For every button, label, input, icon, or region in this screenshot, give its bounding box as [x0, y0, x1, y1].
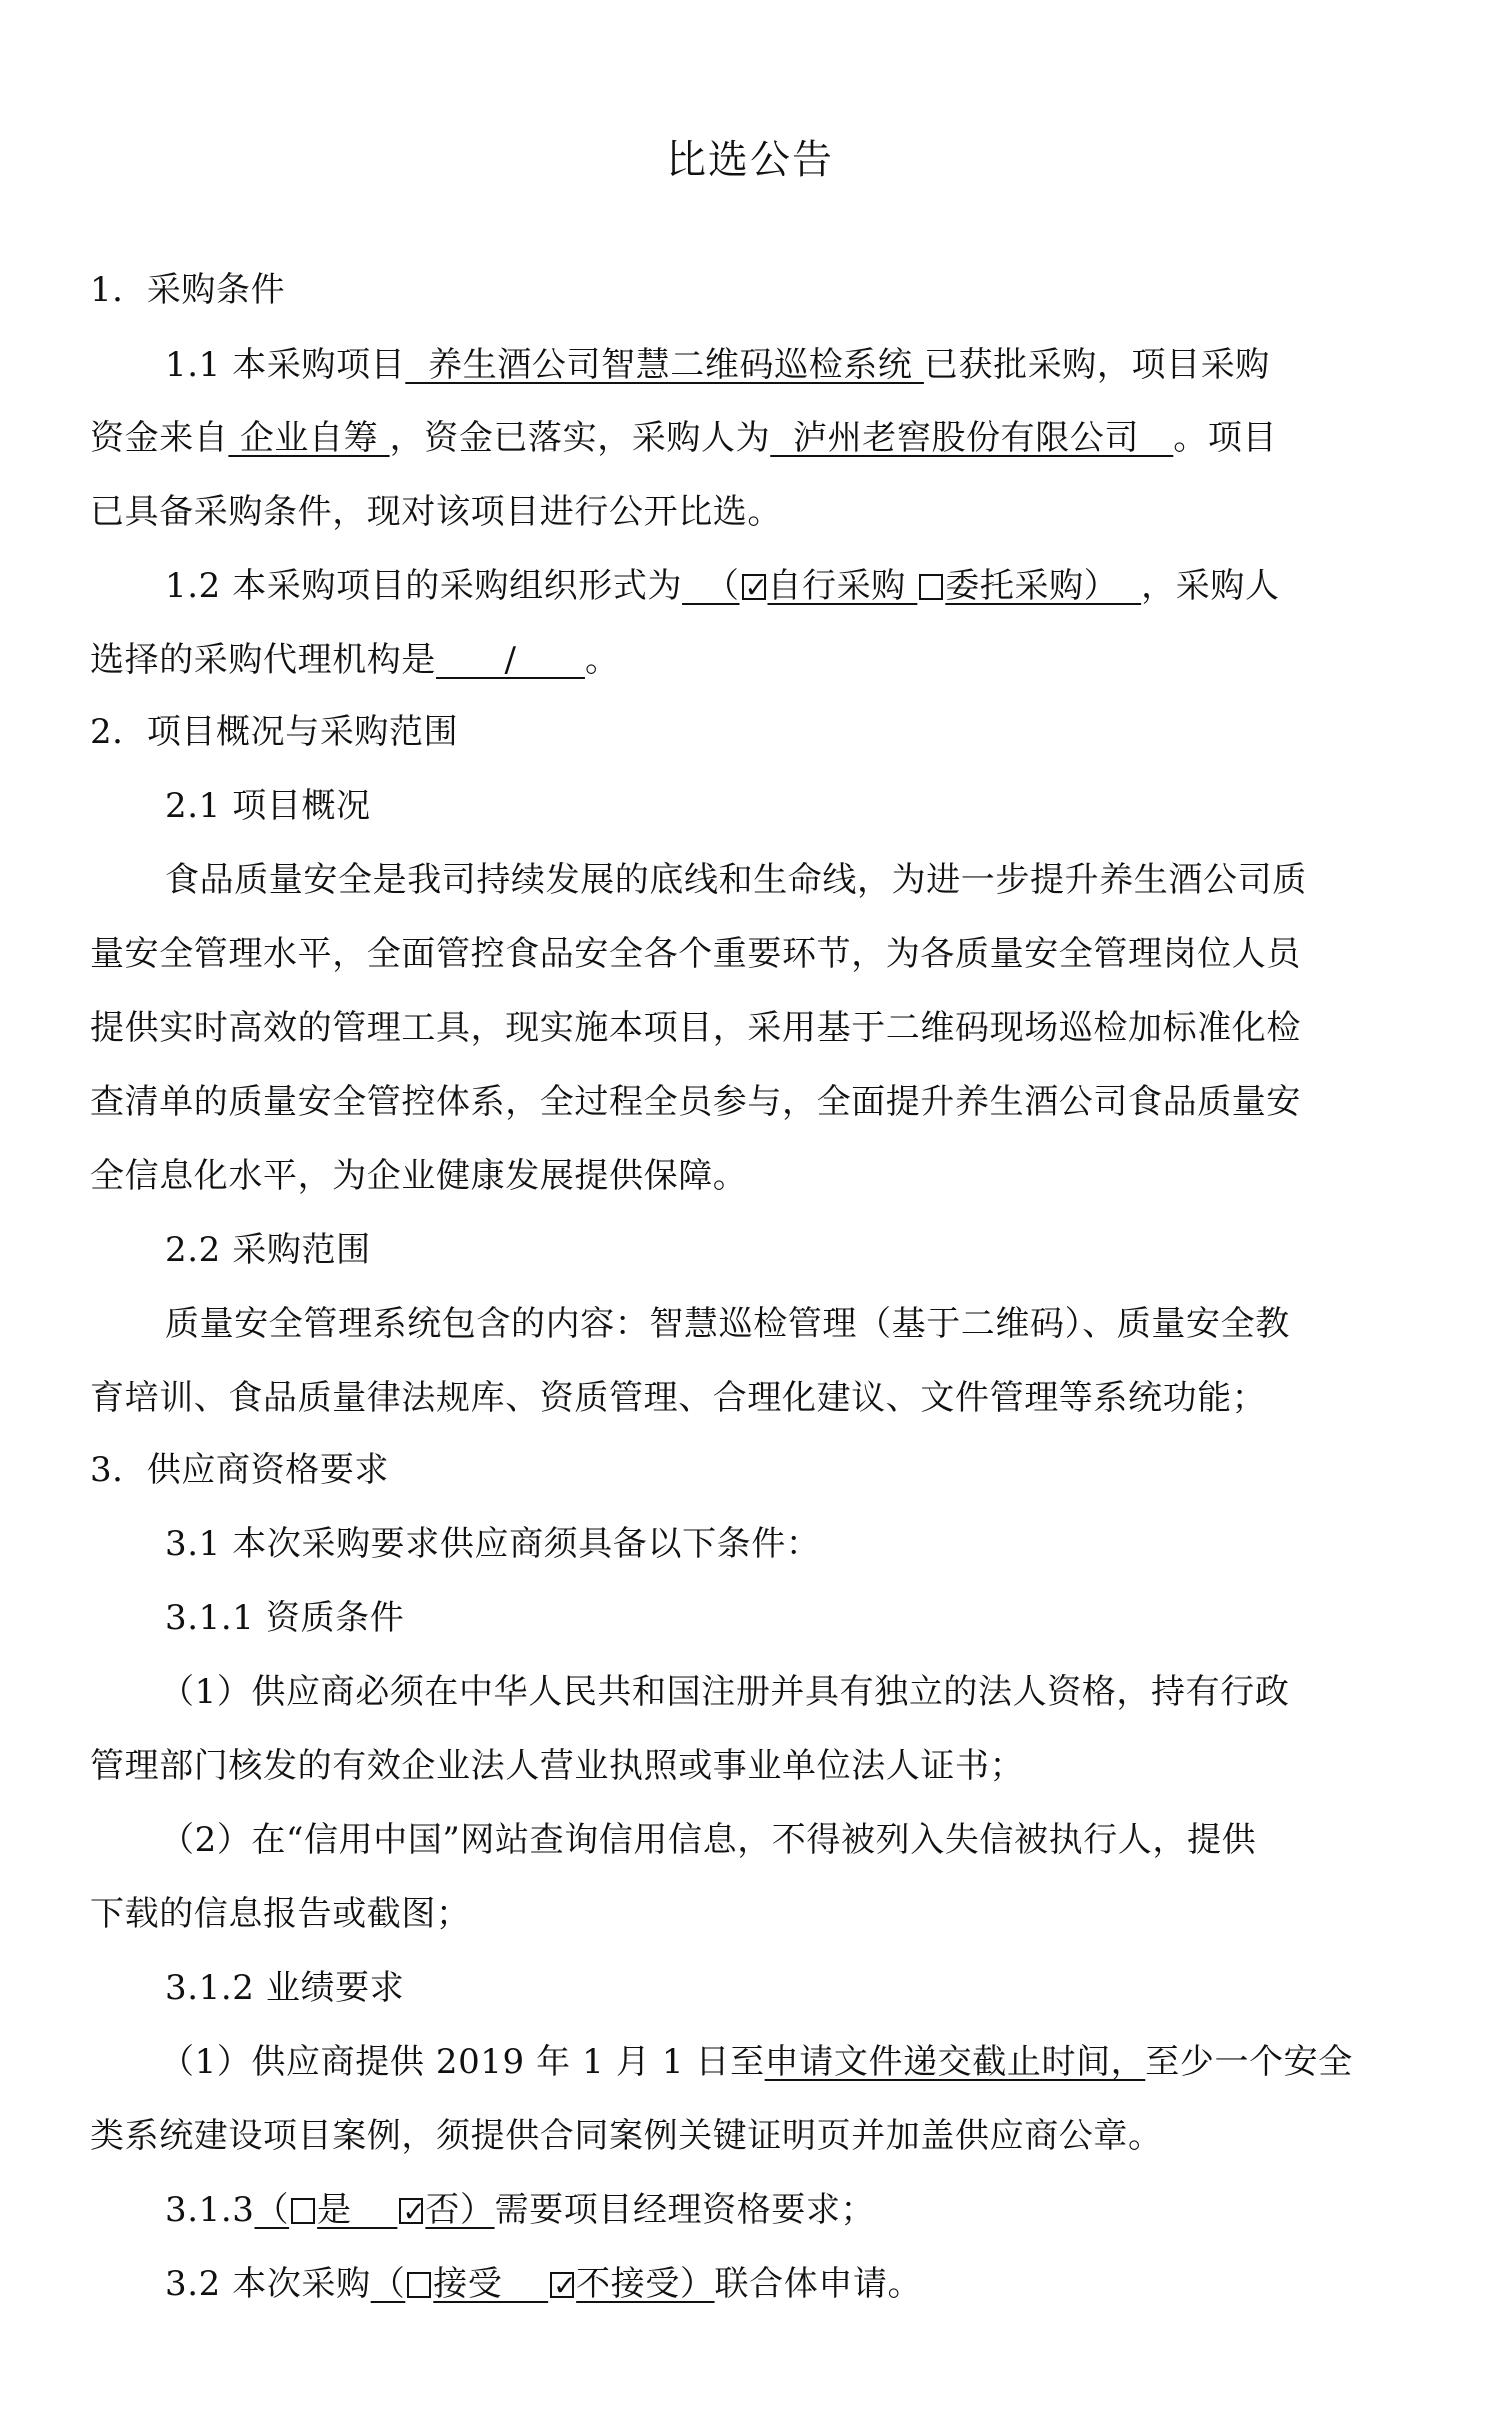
- text: 。项目: [1173, 418, 1277, 458]
- text: （1）供应商提供 2019 年 1 月 1 日至: [160, 2042, 765, 2082]
- text: 联合体申请。: [715, 2264, 923, 2304]
- section-1-heading: 1．采购条件: [90, 268, 1420, 312]
- text: ，资金已落实，采购人为: [390, 418, 771, 458]
- text: 委托采购）: [945, 566, 1141, 606]
- consortium-field: （接受 不接受）: [371, 2264, 715, 2304]
- performance-line-2: 类系统建设项目案例，须提供合同案例关键证明页并加盖供应商公章。: [90, 2114, 1420, 2158]
- text: 需要项目经理资格要求；: [495, 2190, 876, 2230]
- section-3-heading: 3．供应商资格要求: [90, 1448, 1420, 1492]
- overview-line: 提供实时高效的管理工具，现实施本项目，采用基于二维码现场巡检加标准化检: [90, 1006, 1420, 1050]
- document-title: 比选公告: [0, 128, 1500, 185]
- text: 至少一个安全: [1145, 2042, 1353, 2082]
- org-form-field: （自行采购 委托采购）: [682, 566, 1141, 606]
- checkbox-reject: [550, 2272, 574, 2298]
- qualification-2-line: 下载的信息报告或截图；: [90, 1892, 1420, 1936]
- deadline-text: 申请文件递交截止时间，: [765, 2042, 1146, 2082]
- text: 。: [585, 640, 620, 680]
- scope-line: 质量安全管理系统包含的内容：智慧巡检管理（基于二维码）、质量安全教: [165, 1302, 1420, 1346]
- purchaser-field: 泸州老窖股份有限公司: [770, 418, 1173, 458]
- text: 1.1 本采购项目: [165, 345, 405, 385]
- scope-line: 育培训、食品质量律法规库、资质管理、合理化建议、文件管理等系统功能；: [90, 1376, 1420, 1420]
- section-3-1-1-heading: 3.1.1 资质条件: [165, 1596, 1420, 1640]
- fund-source-field: 企业自筹: [228, 418, 389, 458]
- qualification-2-line: （2）在“信用中国”网站查询信用信息，不得被列入失信被执行人，提供: [160, 1818, 1415, 1862]
- performance-line-1: （1）供应商提供 2019 年 1 月 1 日至申请文件递交截止时间，至少一个安…: [160, 2040, 1415, 2084]
- overview-line: 量安全管理水平，全面管控食品安全各个重要环节，为各质量安全管理岗位人员: [90, 932, 1420, 976]
- checkbox-entrusted-procurement: [919, 574, 943, 600]
- text: 资金来自: [90, 418, 228, 458]
- para-1-1-line-1: 1.1 本采购项目 养生酒公司智慧二维码巡检系统 已获批采购，项目采购: [165, 343, 1420, 387]
- text: （: [255, 2190, 290, 2230]
- checkbox-accept: [407, 2272, 431, 2298]
- qualification-1-line: 管理部门核发的有效企业法人营业执照或事业单位法人证书；: [90, 1744, 1420, 1788]
- text: （: [371, 2264, 406, 2304]
- section-3-1-heading: 3.1 本次采购要求供应商须具备以下条件：: [165, 1522, 1420, 1566]
- text: 1.2 本采购项目的采购组织形式为: [165, 566, 682, 606]
- text: （: [682, 566, 739, 606]
- section-2-1-heading: 2.1 项目概况: [165, 784, 1420, 828]
- text: 接受: [433, 2264, 548, 2304]
- para-1-2-line-1: 1.2 本采购项目的采购组织形式为 （自行采购 委托采购） ，采购人: [165, 564, 1420, 608]
- pm-requirement-field: （是 否）: [255, 2190, 495, 2230]
- section-3-1-3: 3.1.3（是 否）需要项目经理资格要求；: [165, 2188, 1420, 2232]
- qualification-1-line: （1）供应商必须在中华人民共和国注册并具有独立的法人资格，持有行政: [160, 1670, 1415, 1714]
- agency-field: /: [436, 640, 585, 680]
- section-3-2: 3.2 本次采购（接受 不接受）联合体申请。: [165, 2262, 1420, 2306]
- overview-line: 查清单的质量安全管控体系，全过程全员参与，全面提升养生酒公司食品质量安: [90, 1080, 1420, 1124]
- overview-line: 全信息化水平，为企业健康发展提供保障。: [90, 1154, 1420, 1198]
- section-2-2-heading: 2.2 采购范围: [165, 1228, 1420, 1272]
- text: 是: [317, 2190, 397, 2230]
- para-1-2-line-2: 选择的采购代理机构是 / 。: [90, 638, 1420, 682]
- text: 3.2 本次采购: [165, 2264, 371, 2304]
- text: 选择的采购代理机构是: [90, 640, 436, 680]
- text: 不接受）: [576, 2264, 714, 2304]
- section-2-heading: 2．项目概况与采购范围: [90, 710, 1420, 754]
- para-1-1-line-2: 资金来自 企业自筹 ，资金已落实，采购人为 泸州老窖股份有限公司 。项目: [90, 416, 1420, 460]
- project-name-field: 养生酒公司智慧二维码巡检系统: [405, 345, 924, 385]
- overview-line: 食品质量安全是我司持续发展的底线和生命线，为进一步提升养生酒公司质: [165, 858, 1420, 902]
- text: ，采购人: [1141, 566, 1279, 606]
- checkbox-self-procurement: [742, 574, 766, 600]
- text: 自行采购: [768, 566, 918, 606]
- text: 否）: [425, 2190, 494, 2230]
- section-3-1-2-heading: 3.1.2 业绩要求: [165, 1966, 1420, 2010]
- para-1-1-line-3: 已具备采购条件，现对该项目进行公开比选。: [90, 490, 1420, 534]
- text: 已获批采购，项目采购: [924, 345, 1270, 385]
- checkbox-yes: [291, 2198, 315, 2224]
- checkbox-no: [399, 2198, 423, 2224]
- text: 3.1.3: [165, 2190, 255, 2230]
